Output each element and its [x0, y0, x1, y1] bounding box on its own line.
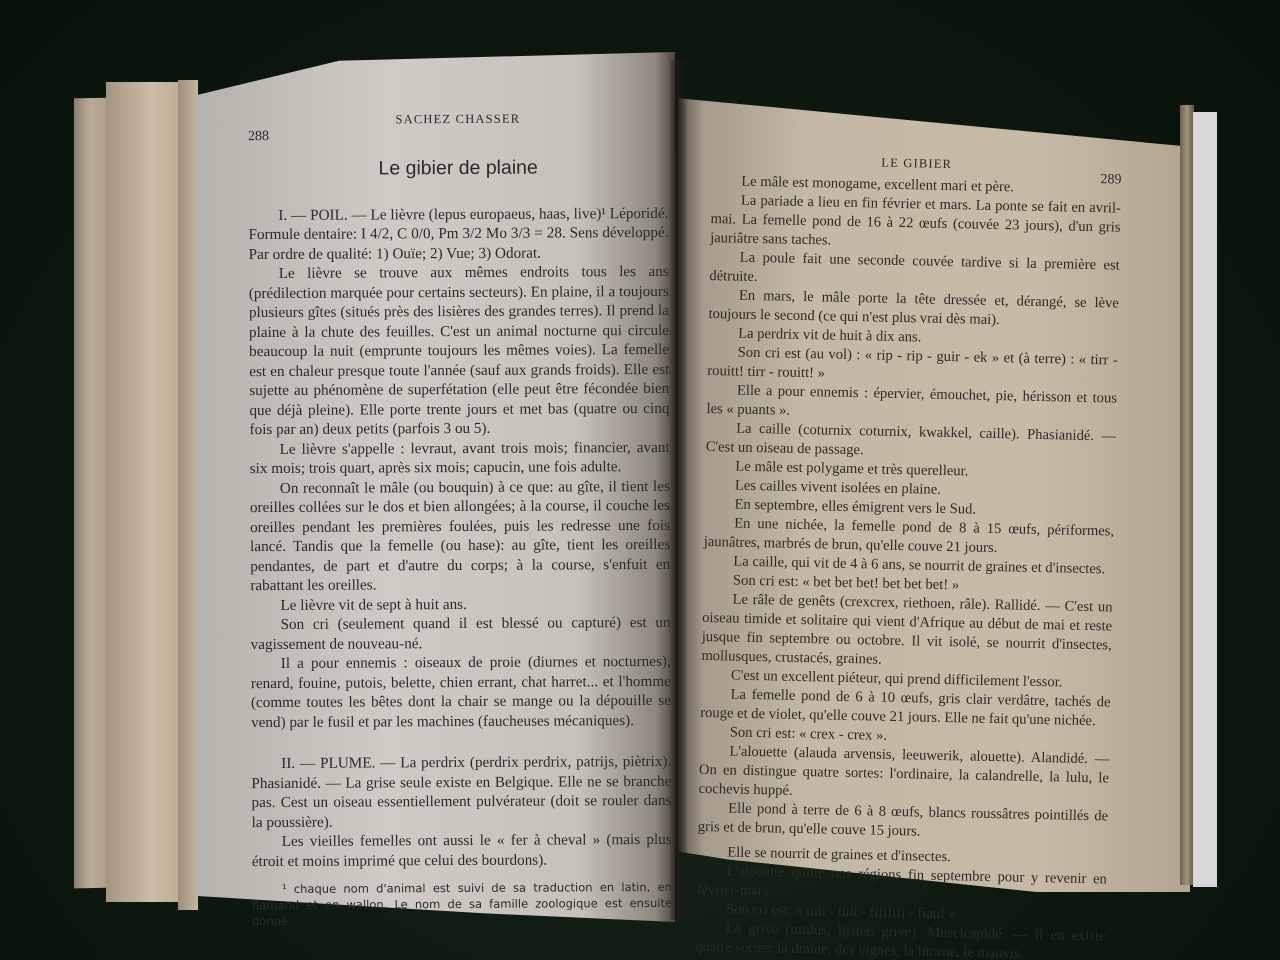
- paragraph: La pariade a lieu en fin février et mars…: [710, 191, 1121, 257]
- paragraph: On reconnaît le mâle (ou bouquin) à ce q…: [250, 476, 671, 595]
- paragraph: II. — PLUME. — La perdrix (perdrix perdr…: [251, 752, 671, 832]
- paragraph: Le lièvre se trouve aux mêmes endroits t…: [249, 262, 670, 440]
- paragraph: Les vieilles femelles ont aussi le « fer…: [252, 830, 672, 871]
- paragraph: I. — POIL. — Le lièvre (lepus europaeus,…: [248, 203, 668, 264]
- page-number-right: 289: [1100, 170, 1121, 189]
- footnote-text: ¹ chaque nom d'animal est suivi de sa tr…: [252, 879, 672, 929]
- paragraph: Son cri (seulement quand il est blessé o…: [251, 613, 671, 654]
- chapter-title: Le gibier de plaine: [248, 158, 668, 180]
- paragraph: Le râle de genêts (crexcrex, riethoen, r…: [701, 590, 1113, 675]
- paragraph: Elle pond à terre de 6 à 8 œufs, blancs …: [698, 799, 1109, 846]
- page-stack-right: [1180, 105, 1194, 885]
- paragraph: Le lièvre vit de sept à huit ans.: [250, 593, 670, 615]
- paragraph: Il a pour ennemis : oiseaux de proie (di…: [251, 652, 671, 732]
- paragraph: Le lièvre s'appelle : levraut, avant tro…: [250, 437, 670, 478]
- left-page-text: SACHEZ CHASSER 288 Le gibier de plaine I…: [248, 109, 672, 929]
- paragraph: L'alouette (alauda arvensis, leeuwerik, …: [698, 742, 1109, 808]
- right-page-text: LE GIBIER 289 Le mâle est monogame, exce…: [695, 150, 1122, 960]
- footnote: ¹ chaque nom d'animal est suivi de sa tr…: [252, 879, 672, 929]
- open-book-photo: SACHEZ CHASSER 288 Le gibier de plaine I…: [0, 0, 1280, 960]
- page-edge-white: [1193, 112, 1217, 887]
